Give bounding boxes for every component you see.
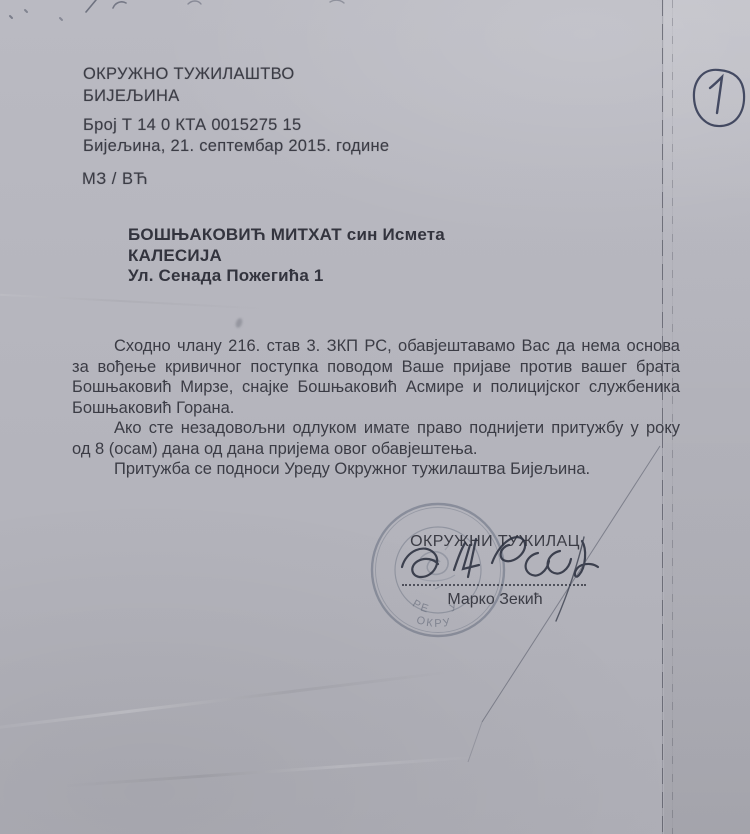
place-date-line: Бијељина, 21. септембар 2015. године [83, 136, 389, 157]
paper-crease [0, 292, 270, 310]
body-line: Бошњаковић Горана. [72, 398, 680, 419]
paper-crease [0, 670, 458, 734]
circled-page-number [686, 63, 750, 133]
letterhead: ОКРУЖНО ТУЖИЛАШТВО БИЈЕЉИНА [83, 63, 295, 107]
reference-block: Број Т 14 0 КТА 0015275 15 Бијељина, 21.… [83, 115, 389, 157]
ink-smudge [234, 317, 243, 328]
handwritten-signature [388, 515, 608, 625]
body-line: Ако сте незадовољни одлуком имате право … [72, 418, 680, 439]
clerk-initials: МЗ / ВЋ [82, 170, 148, 189]
body-line: Сходно члану 216. став 3. ЗКП РС, обавје… [72, 336, 680, 357]
body-line: Притужба се подноси Уреду Окружног тужил… [72, 459, 680, 480]
letter-body: Сходно члану 216. став 3. ЗКП РС, обавје… [72, 336, 680, 480]
recipient-block: БОШЊАКОВИЋ МИТХАТ син Исмета КАЛЕСИЈА Ул… [128, 225, 445, 287]
body-line: од 8 (осам) дана од дана пријема овог об… [72, 439, 680, 460]
body-line: Бошњаковић Мирзе, снајке Бошњаковић Асми… [72, 377, 680, 398]
recipient-address: Ул. Сенада Пожегића 1 [128, 266, 445, 287]
letterhead-city: БИЈЕЉИНА [83, 85, 295, 107]
body-line: за вођење кривичног поступка поводом Ваш… [72, 357, 680, 378]
recipient-city: КАЛЕСИЈА [128, 246, 445, 267]
document-photo: ОКРУЖНО ТУЖИЛАШТВО БИЈЕЉИНА Број Т 14 0 … [0, 0, 750, 834]
case-number: Број Т 14 0 КТА 0015275 15 [83, 115, 389, 136]
recipient-name: БОШЊАКОВИЋ МИТХАТ син Исмета [128, 225, 445, 246]
paper-crease [60, 755, 479, 787]
pen-marks-icon [0, 0, 420, 30]
letterhead-office: ОКРУЖНО ТУЖИЛАШТВО [83, 63, 295, 85]
